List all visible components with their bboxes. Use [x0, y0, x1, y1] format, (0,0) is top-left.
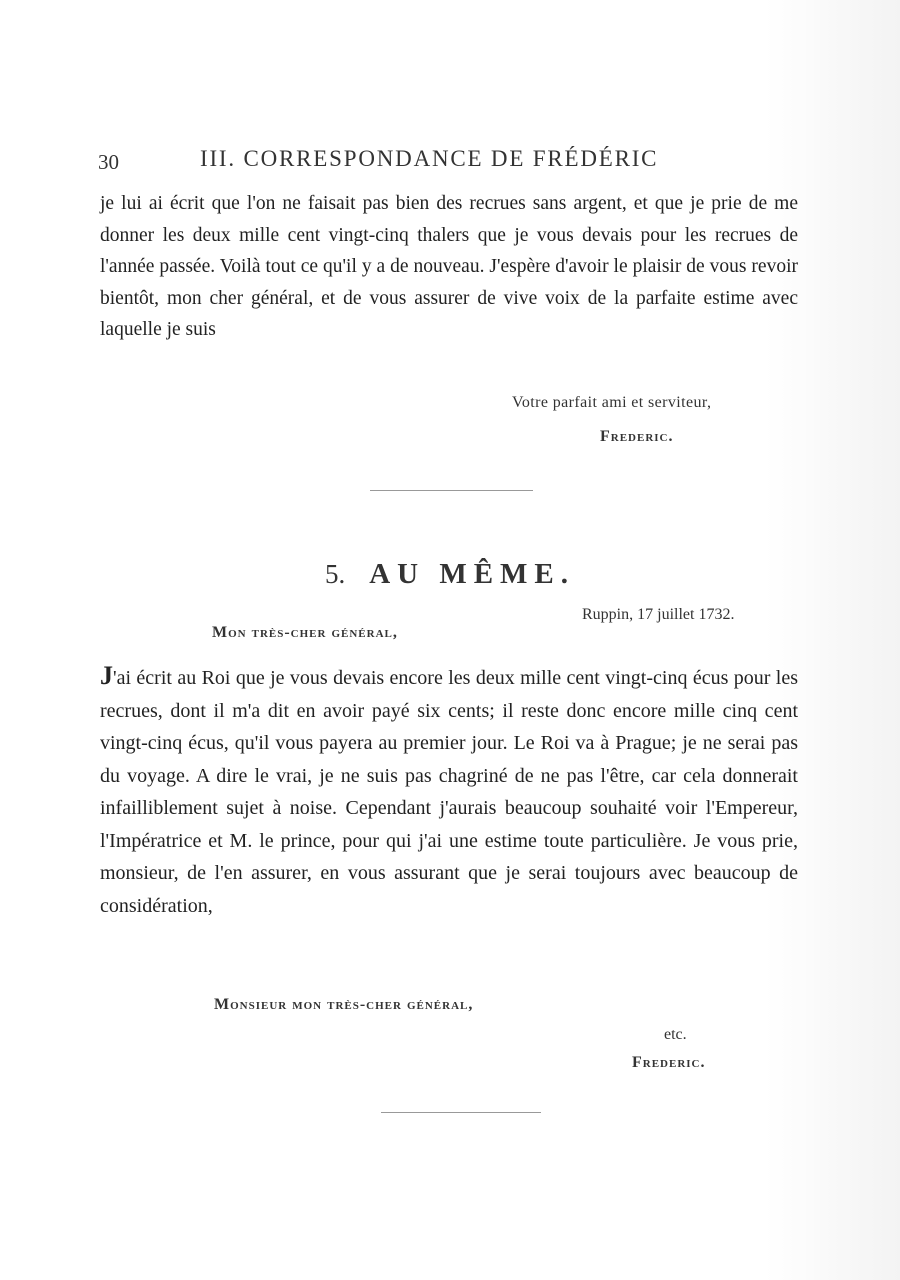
letter-signature: Frederic. — [632, 1054, 706, 1072]
running-title: III. CORRESPONDANCE DE FRÉDÉRIC — [200, 146, 658, 172]
letter-body-text: 'ai écrit au Roi que je vous devais enco… — [100, 667, 798, 917]
letter-closing: Monsieur mon très-cher général, — [214, 996, 473, 1014]
running-head: 30 III. CORRESPONDANCE DE FRÉDÉRIC — [98, 146, 798, 176]
dateline: Ruppin, 17 juillet 1732. — [582, 606, 734, 624]
section-divider — [370, 490, 533, 491]
letter-number: 5. — [325, 559, 345, 589]
letter-heading: 5.AU MÊME. — [0, 558, 900, 591]
drop-cap: J — [100, 661, 113, 690]
letter-etc: etc. — [664, 1026, 687, 1044]
previous-letter-signature: Frederic. — [600, 428, 674, 446]
letter-title: AU MÊME. — [369, 558, 575, 590]
end-divider — [381, 1112, 541, 1113]
previous-letter-closing: Votre parfait ami et serviteur, — [512, 394, 711, 412]
page-number: 30 — [98, 150, 119, 175]
previous-letter-body: je lui ai écrit que l'on ne faisait pas … — [100, 188, 798, 346]
salutation: Mon très-cher général, — [212, 624, 398, 642]
letter-body: J'ai écrit au Roi que je vous devais enc… — [100, 660, 798, 922]
